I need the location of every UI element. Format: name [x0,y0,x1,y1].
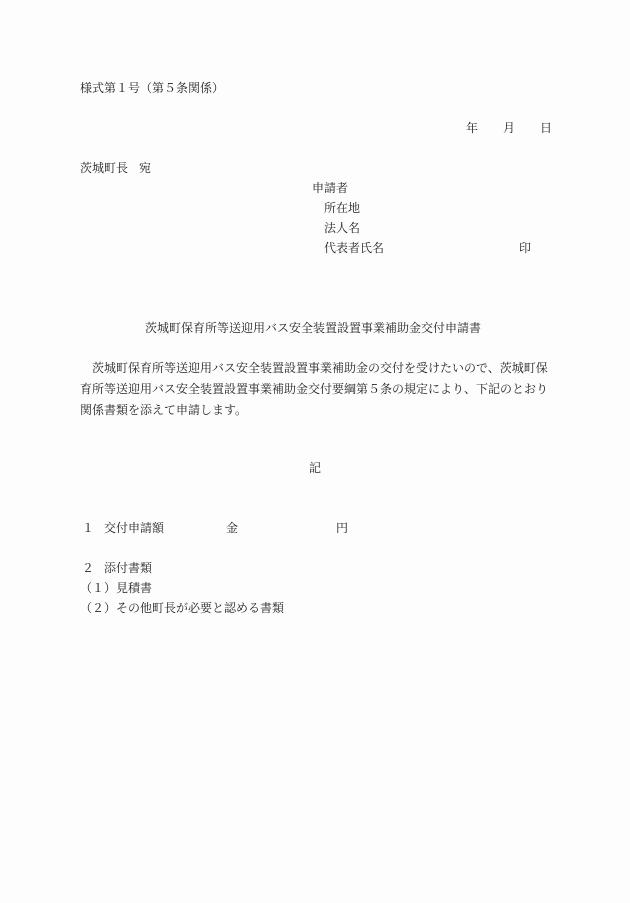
year-label: 年 [466,122,478,134]
day-label: 日 [540,122,552,134]
amount-prefix: 金 [226,522,238,534]
body-line: 育所等送迎用バス安全装置設置事業補助金交付要綱第５条の規定により、下記のとおり [80,379,552,400]
addressee-suffix: 宛 [139,162,151,174]
body-line: 茨城町保育所等送迎用バス安全装置設置事業補助金の交付を受けたいので、茨城町保 [80,358,552,379]
attachment-item: （２）その他町長が必要と認める書類 [80,602,284,614]
body-line: 関係書類を添えて申請します。 [80,400,552,421]
item-2-number: ２ [82,562,94,574]
representative-label: 代表者氏名 [324,242,384,254]
corporation-label: 法人名 [324,222,360,234]
month-label: 月 [503,122,515,134]
attachment-item: （１）見積書 [80,582,152,594]
addressee-name: 茨城町長 [80,162,128,174]
item-1-label: 交付申請額 [104,522,164,534]
applicant-heading: 申請者 [312,182,348,194]
form-number: 様式第１号（第５条関係） [80,82,224,94]
amount-suffix: 円 [336,522,348,534]
document-title: 茨城町保育所等送迎用バス安全装置設置事業補助金交付申請書 [145,322,481,334]
seal-label: 印 [519,242,531,254]
ki-heading: 記 [309,462,321,474]
item-1-number: １ [82,522,94,534]
address-label: 所在地 [324,202,360,214]
body-paragraph: 茨城町保育所等送迎用バス安全装置設置事業補助金の交付を受けたいので、茨城町保 育… [80,358,552,421]
item-2-label: 添付書類 [104,562,152,574]
